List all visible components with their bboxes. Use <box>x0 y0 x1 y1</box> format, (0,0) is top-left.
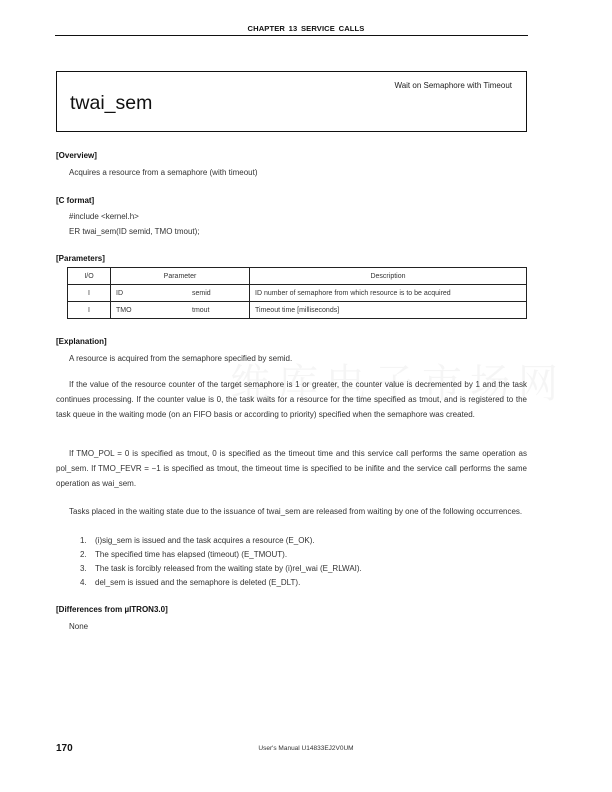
differences-text: None <box>69 622 88 631</box>
list-item: 3.The task is forcibly released from the… <box>80 564 362 573</box>
title-box: twai_sem Wait on Semaphore with Timeout <box>56 71 527 132</box>
table-row: I TMO tmout Timeout time [milliseconds] <box>68 302 527 319</box>
parameters-heading: [Parameters] <box>56 254 105 263</box>
list-text: The task is forcibly released from the w… <box>95 564 362 573</box>
param-name: semid <box>187 285 250 302</box>
column-header-parameter: Parameter <box>111 268 250 285</box>
list-text: The specified time has elapsed (timeout)… <box>95 550 287 559</box>
param-io: I <box>68 302 111 319</box>
c-format-heading: [C format] <box>56 196 94 205</box>
param-description: ID number of semaphore from which resour… <box>250 285 527 302</box>
list-text: (i)sig_sem is issued and the task acquir… <box>95 536 315 545</box>
list-text: del_sem is issued and the semaphore is d… <box>95 578 300 587</box>
list-item: 1.(i)sig_sem is issued and the task acqu… <box>80 536 315 545</box>
explanation-paragraph: A resource is acquired from the semaphor… <box>56 351 527 366</box>
function-name: twai_sem <box>70 92 152 115</box>
column-header-io: I/O <box>68 268 111 285</box>
param-io: I <box>68 285 111 302</box>
table-header-row: I/O Parameter Description <box>68 268 527 285</box>
table-row: I ID semid ID number of semaphore from w… <box>68 285 527 302</box>
column-header-description: Description <box>250 268 527 285</box>
list-number: 1. <box>80 536 95 545</box>
list-item: 2.The specified time has elapsed (timeou… <box>80 550 287 559</box>
footer-document-id: User's Manual U14833EJ2V0UM <box>0 745 612 752</box>
explanation-paragraph: Tasks placed in the waiting state due to… <box>56 504 527 519</box>
list-number: 2. <box>80 550 95 559</box>
c-format-include: #include <kernel.h> <box>69 212 139 221</box>
function-description: Wait on Semaphore with Timeout <box>394 81 512 90</box>
parameters-table: I/O Parameter Description I ID semid ID … <box>67 267 527 319</box>
differences-heading: [Differences from µITRON3.0] <box>56 605 168 614</box>
explanation-heading: [Explanation] <box>56 337 107 346</box>
param-type: TMO <box>111 302 188 319</box>
list-item: 4.del_sem is issued and the semaphore is… <box>80 578 300 587</box>
list-number: 3. <box>80 564 95 573</box>
explanation-paragraph: If the value of the resource counter of … <box>56 377 527 422</box>
param-type: ID <box>111 285 188 302</box>
overview-heading: [Overview] <box>56 151 97 160</box>
param-description: Timeout time [milliseconds] <box>250 302 527 319</box>
list-number: 4. <box>80 578 95 587</box>
overview-text: Acquires a resource from a semaphore (wi… <box>69 168 258 177</box>
running-head: CHAPTER 13 SERVICE CALLS <box>0 24 612 33</box>
header-rule <box>55 35 528 36</box>
explanation-paragraph: If TMO_POL = 0 is specified as tmout, 0 … <box>56 446 527 491</box>
c-format-signature: ER twai_sem(ID semid, TMO tmout); <box>69 227 200 236</box>
param-name: tmout <box>187 302 250 319</box>
